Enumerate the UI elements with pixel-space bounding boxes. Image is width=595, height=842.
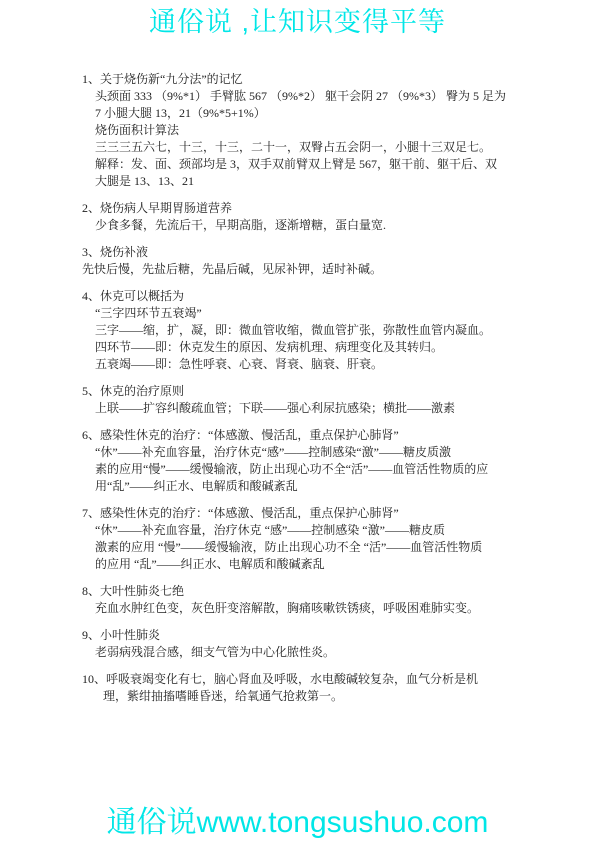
item-line: 7 小腿大腿 13，21（9%*5+1%） [82,105,517,122]
list-item-10: 10、呼吸衰竭变化有七，脑心肾血及呼吸，水电酸碱较复杂，血气分析是机 理，紫绀抽… [82,671,517,705]
item-line: 烧伤面积计算法 [82,122,517,139]
item-line: 充血水肿红色变，灰色肝变溶解散，胸痛咳嗽铁锈痰，呼吸困难肺实变。 [82,600,517,617]
list-item-2: 2、烧伤病人早期胃肠道营养 少食多餐，先流后干，早期高脂，逐渐增糖，蛋白量宽. [82,200,517,234]
list-item-6: 6、感染性休克的治疗：“体感激、慢活乱，重点保护心肺肾” “休”——补充血容量，… [82,427,517,495]
item-line: 上联——扩容纠酸疏血管；下联——强心利尿抗感染；横批——激素 [82,400,517,417]
item-line: 解释：发、面、颈部均是 3，双手双前臂双上臂是 567，躯干前、躯干后、双 [82,156,517,173]
item-line: 先快后慢，先盐后糖，先晶后碱，见尿补钾，适时补碱。 [82,261,517,278]
item-line: 大腿是 13、13、21 [82,173,517,190]
item-line: 素的应用“慢”——缓慢输液，防止出现心功不全“活”——血管活性物质的应 [82,461,517,478]
item-line: “休”——补充血容量，治疗休克“感”——控制感染“激”——糖皮质激 [82,444,517,461]
item-heading: 5、休克的治疗原则 [82,383,517,400]
item-line: 激素的应用 “慢”——缓慢输液，防止出现心功不全 “活”——血管活性物质 [82,539,517,556]
document-page: 通俗说 ,让知识变得平等 1、关于烧伤新“九分法”的记忆 头颈面 333 （9%… [0,0,595,842]
item-heading: 4、休克可以概括为 [82,288,517,305]
item-heading: 1、关于烧伤新“九分法”的记忆 [82,71,517,88]
item-line: “休”——补充血容量，治疗休克 “感”——控制感染 “激”——糖皮质 [82,522,517,539]
item-line: 五衰竭——即：急性呼衰、心衰、肾衰、脑衰、肝衰。 [82,356,517,373]
item-line: 老弱病残混合感，细支气管为中心化脓性炎。 [82,644,517,661]
item-heading: 9、小叶性肺炎 [82,627,517,644]
item-heading: 10、呼吸衰竭变化有七，脑心肾血及呼吸，水电酸碱较复杂，血气分析是机 [82,671,517,688]
list-item-1: 1、关于烧伤新“九分法”的记忆 头颈面 333 （9%*1） 手臂肱 567 （… [82,71,517,190]
item-heading: 6、感染性休克的治疗：“体感激、慢活乱，重点保护心肺肾” [82,427,517,444]
list-item-5: 5、休克的治疗原则 上联——扩容纠酸疏血管；下联——强心利尿抗感染；横批——激素 [82,383,517,417]
page-title: 通俗说 ,让知识变得平等 [0,7,595,37]
list-item-9: 9、小叶性肺炎 老弱病残混合感，细支气管为中心化脓性炎。 [82,627,517,661]
list-item-8: 8、大叶性肺炎七绝 充血水肿红色变，灰色肝变溶解散，胸痛咳嗽铁锈痰，呼吸困难肺实… [82,583,517,617]
item-line: 的应用 “乱”——纠正水、电解质和酸碱紊乱 [82,556,517,573]
item-line: 头颈面 333 （9%*1） 手臂肱 567 （9%*2） 躯干会阴 27 （9… [82,88,517,105]
item-line: 三三三五六七，十三，十三，二十一，双臀占五会阴一，小腿十三双足七。 [82,139,517,156]
item-line: 用“乱”——纠正水、电解质和酸碱紊乱 [82,478,517,495]
list-item-3: 3、烧伤补液 先快后慢，先盐后糖，先晶后碱，见尿补钾，适时补碱。 [82,244,517,278]
item-line: 理，紫绀抽搐嗜睡昏迷，给氧通气抢救第一。 [82,688,517,705]
item-line: 三字——缩，扩，凝，即：微血管收缩，微血管扩张，弥散性血管内凝血。 [82,322,517,339]
item-heading: 8、大叶性肺炎七绝 [82,583,517,600]
item-heading: 3、烧伤补液 [82,244,517,261]
item-heading: 7、感染性休克的治疗：“体感激、慢活乱，重点保护心肺肾” [82,505,517,522]
list-item-7: 7、感染性休克的治疗：“体感激、慢活乱，重点保护心肺肾” “休”——补充血容量，… [82,505,517,573]
item-line: 少食多餐，先流后干，早期高脂，逐渐增糖，蛋白量宽. [82,217,517,234]
item-heading: 2、烧伤病人早期胃肠道营养 [82,200,517,217]
footer-site-url: 通俗说www.tongsushuo.com [0,806,595,840]
document-body: 1、关于烧伤新“九分法”的记忆 头颈面 333 （9%*1） 手臂肱 567 （… [82,71,517,705]
list-item-4: 4、休克可以概括为 “三字四环节五衰竭” 三字——缩，扩，凝，即：微血管收缩，微… [82,288,517,373]
item-line: 四环节——即：休克发生的原因、发病机理、病理变化及其转归。 [82,339,517,356]
item-line: “三字四环节五衰竭” [82,305,517,322]
